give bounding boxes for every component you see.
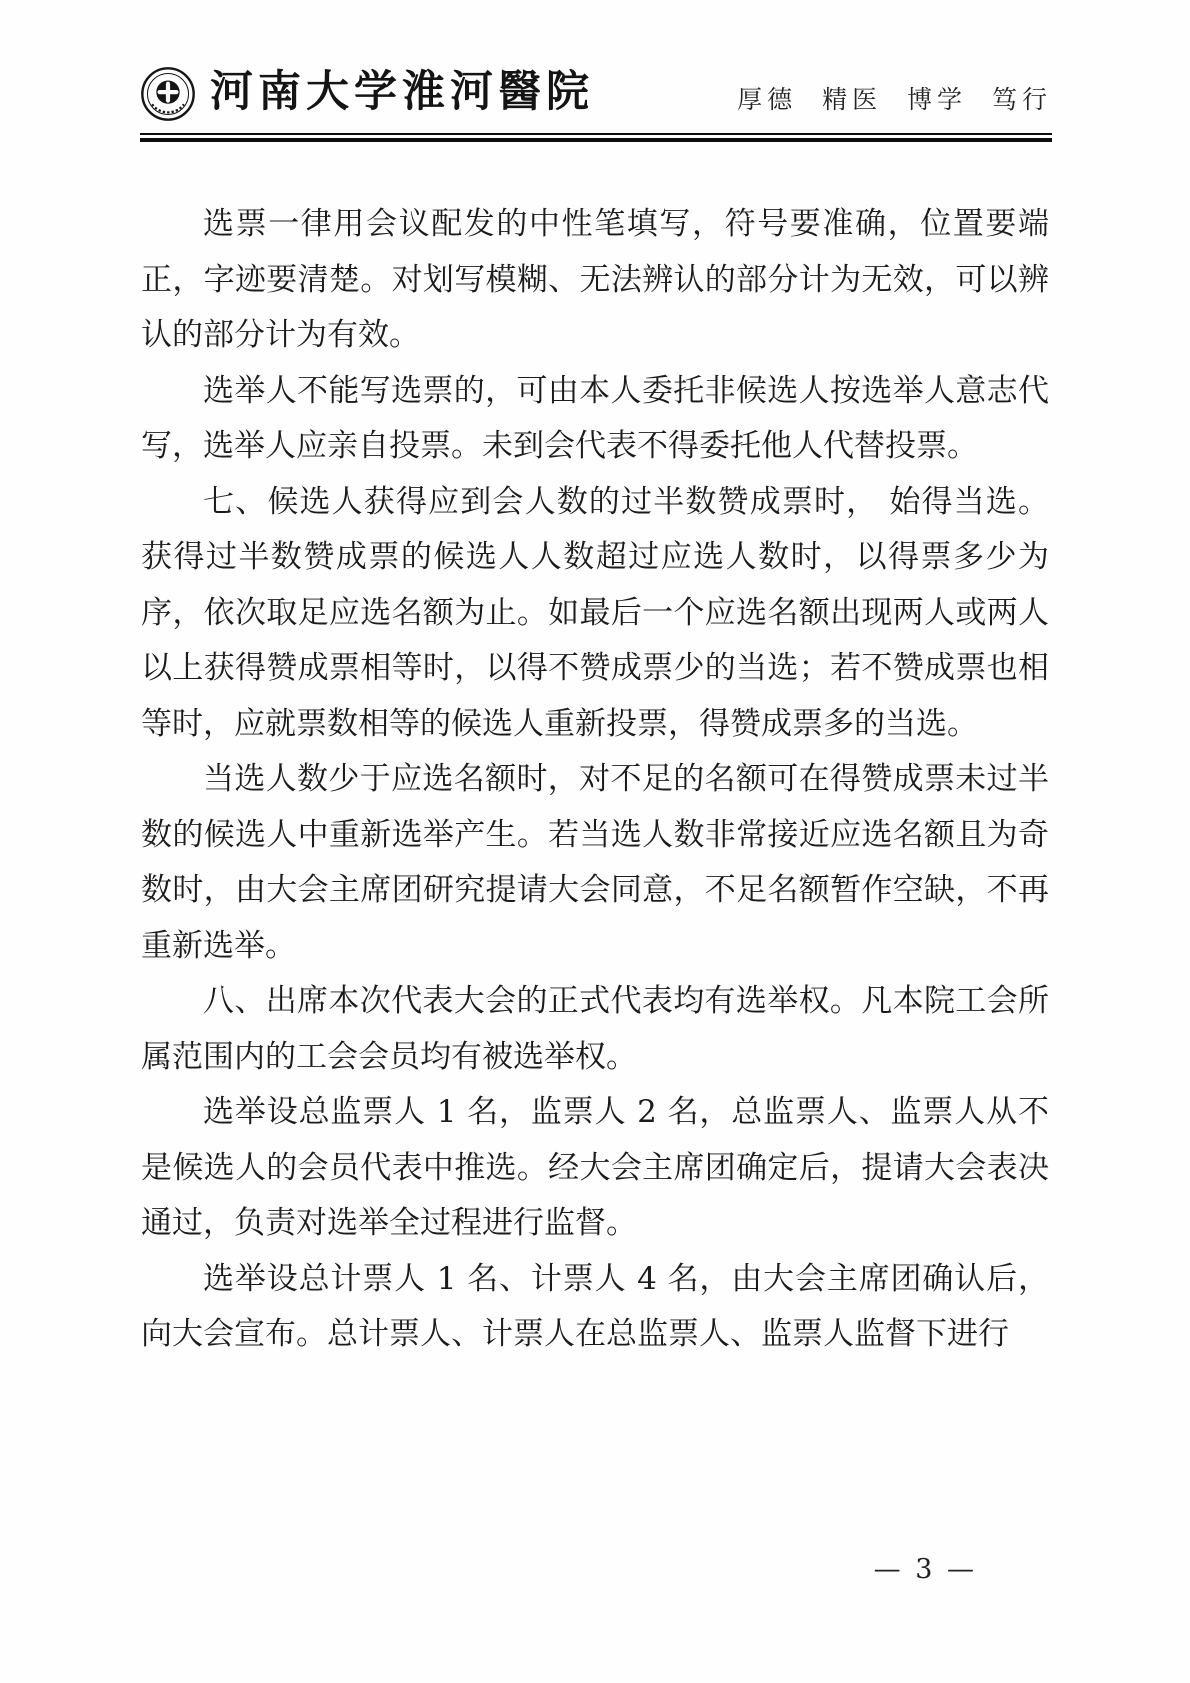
paragraph-item-eight: 八、出席本次代表大会的正式代表均有选举权。凡本院工会所属范围内的工会会员均有被选…	[141, 974, 1049, 1085]
hospital-motto: 厚德 精医 博学 笃行	[737, 80, 1052, 122]
document-body: 选票一律用会议配发的中性笔填写，符号要准确，位置要端正，字迹要清楚。对划写模糊、…	[141, 197, 1049, 1363]
paragraph-item-seven: 七、候选人获得应到会人数的过半数赞成票时， 始得当选。获得过半数赞成票的候选人人…	[141, 475, 1049, 753]
paragraph-vacancy-rules: 当选人数少于应选名额时，对不足的名额可在得赞成票未过半数的候选人中重新选举产生。…	[141, 752, 1049, 974]
document-page: 河南大学淮河醫院 厚德 精医 博学 笃行 选票一律用会议配发的中性笔填写，符号要…	[0, 0, 1190, 1683]
page-number: — 3 —	[874, 1554, 977, 1585]
paragraph-tellers: 选举设总计票人 1 名、计票人 4 名，由大会主席团确认后，向大会宣布。总计票人…	[141, 1252, 1049, 1363]
hospital-seal-icon	[140, 66, 196, 122]
hospital-name: 河南大学淮河醫院	[210, 71, 594, 118]
paragraph-ballot-filling: 选票一律用会议配发的中性笔填写，符号要准确，位置要端正，字迹要清楚。对划写模糊、…	[141, 197, 1049, 364]
paragraph-proxy-writing: 选举人不能写选票的，可由本人委托非候选人按选举人意志代写，选举人应亲自投票。未到…	[141, 364, 1049, 475]
page-header: 河南大学淮河醫院 厚德 精医 博学 笃行	[140, 66, 1052, 122]
hospital-brand: 河南大学淮河醫院	[140, 66, 594, 122]
paragraph-scrutineers: 选举设总监票人 1 名，监票人 2 名，总监票人、监票人从不是候选人的会员代表中…	[141, 1085, 1049, 1252]
header-divider	[140, 133, 1052, 142]
